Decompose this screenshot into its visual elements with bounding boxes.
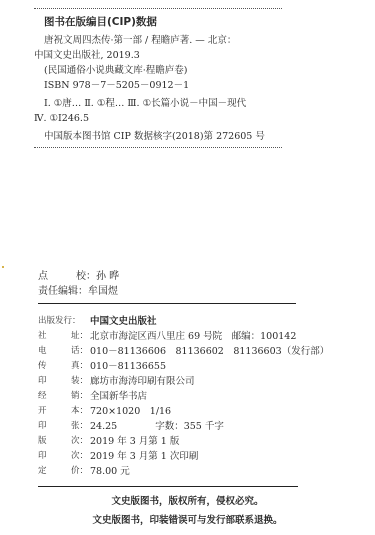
editor-name: 牟国煜 (88, 286, 118, 297)
pub-row-sheets: 印张： 24.25 字数：355 千字 (38, 419, 329, 434)
pub-value: 2019 年 3 月第 1 次印刷 (90, 449, 198, 464)
cip-title-line: 唐祝文周四杰传·第一部 / 程瞻庐著. — 北京： (34, 33, 284, 48)
pub-row-fax: 传真： 010－81136655 (38, 359, 329, 374)
cip-block: 图书在版编目(CIP)数据 唐祝文周四杰传·第一部 / 程瞻庐著. — 北京： … (34, 8, 284, 148)
pub-label: 印次： (38, 449, 90, 464)
pub-label: 版次： (38, 434, 90, 449)
pub-row-printing: 印次： 2019 年 3 月第 1 次印刷 (38, 449, 329, 464)
pub-label: 出版发行： (38, 314, 90, 329)
pub-row-format: 开本： 720×1020 1/16 (38, 404, 329, 419)
pub-row-edition: 版次： 2019 年 3 月第 1 版 (38, 434, 329, 449)
pub-value: 中国文史出版社 (90, 314, 157, 329)
cip-isbn: ISBN 978－7－5205－0912－1 (34, 78, 284, 93)
pub-value: 010－81136606 81136602 81136603（发行部） (90, 344, 329, 359)
pub-row-address: 社址： 北京市海淀区西八里庄 69 号院 邮编：100142 (38, 329, 329, 344)
return-notice: 文史版图书，印装错误可与发行部联系退换。 (0, 512, 375, 526)
cip-heading: 图书在版编目(CIP)数据 (44, 14, 284, 29)
cip-classification-2: Ⅳ. ①I246.5 (34, 111, 284, 126)
pub-value: 廊坊市海涛印刷有限公司 (90, 374, 195, 389)
pub-row-phone: 电话： 010－81136606 81136602 81136603（发行部） (38, 344, 329, 359)
speck (2, 266, 4, 268)
credits-block: 点校：孙 晔 责任编辑：牟国煜 (38, 269, 119, 299)
cip-series-line: (民国通俗小说典藏文库·程瞻庐卷) (34, 63, 284, 78)
pub-value: 24.25 字数：355 千字 (90, 419, 224, 434)
pub-label: 印张： (38, 419, 90, 434)
dotted-divider-bottom (34, 147, 282, 148)
pub-label: 经销： (38, 389, 90, 404)
proofreader-row: 点校：孙 晔 (38, 269, 119, 284)
pub-label: 开本： (38, 404, 90, 419)
cip-publisher-line: 中国文史出版社, 2019.3 (34, 48, 284, 63)
pub-value: 全国新华书店 (90, 389, 147, 404)
pub-value: 北京市海淀区西八里庄 69 号院 邮编：100142 (90, 329, 296, 344)
pub-label: 印装： (38, 374, 90, 389)
pub-row-distributor: 经销： 全国新华书店 (38, 389, 329, 404)
pub-value: 720×1020 1/16 (90, 404, 171, 419)
pub-label: 传真： (38, 359, 90, 374)
cip-classification-1: Ⅰ. ①唐… Ⅱ. ①程… Ⅲ. ①长篇小说－中国－现代 (34, 96, 284, 111)
pub-row-price: 定价： 78.00 元 (38, 464, 329, 479)
pub-label: 社址： (38, 329, 90, 344)
pub-row-printer: 印装： 廊坊市海涛印刷有限公司 (38, 374, 329, 389)
proofreader-label-suffix: 校： (76, 271, 96, 282)
pub-value: 2019 年 3 月第 1 版 (90, 434, 179, 449)
pub-row-publisher: 出版发行： 中国文史出版社 (38, 314, 329, 329)
publication-info: 出版发行： 中国文史出版社 社址： 北京市海淀区西八里庄 69 号院 邮编：10… (38, 314, 329, 479)
pub-value: 78.00 元 (90, 464, 130, 479)
pub-label: 电话： (38, 344, 90, 359)
proofreader-name: 孙 晔 (96, 271, 119, 282)
dotted-divider-top (34, 8, 282, 9)
pub-label: 定价： (38, 464, 90, 479)
editor-row: 责任编辑：牟国煜 (38, 284, 119, 299)
divider-rule-2 (38, 486, 298, 487)
divider-rule-1 (38, 303, 296, 304)
proofreader-label: 点 (38, 271, 48, 282)
cip-record-number: 中国版本图书馆 CIP 数据核字(2018)第 272605 号 (34, 129, 284, 144)
copyright-notice: 文史版图书，版权所有，侵权必究。 (0, 493, 375, 507)
pub-value: 010－81136655 (90, 359, 166, 374)
editor-label: 责任编辑： (38, 286, 88, 297)
